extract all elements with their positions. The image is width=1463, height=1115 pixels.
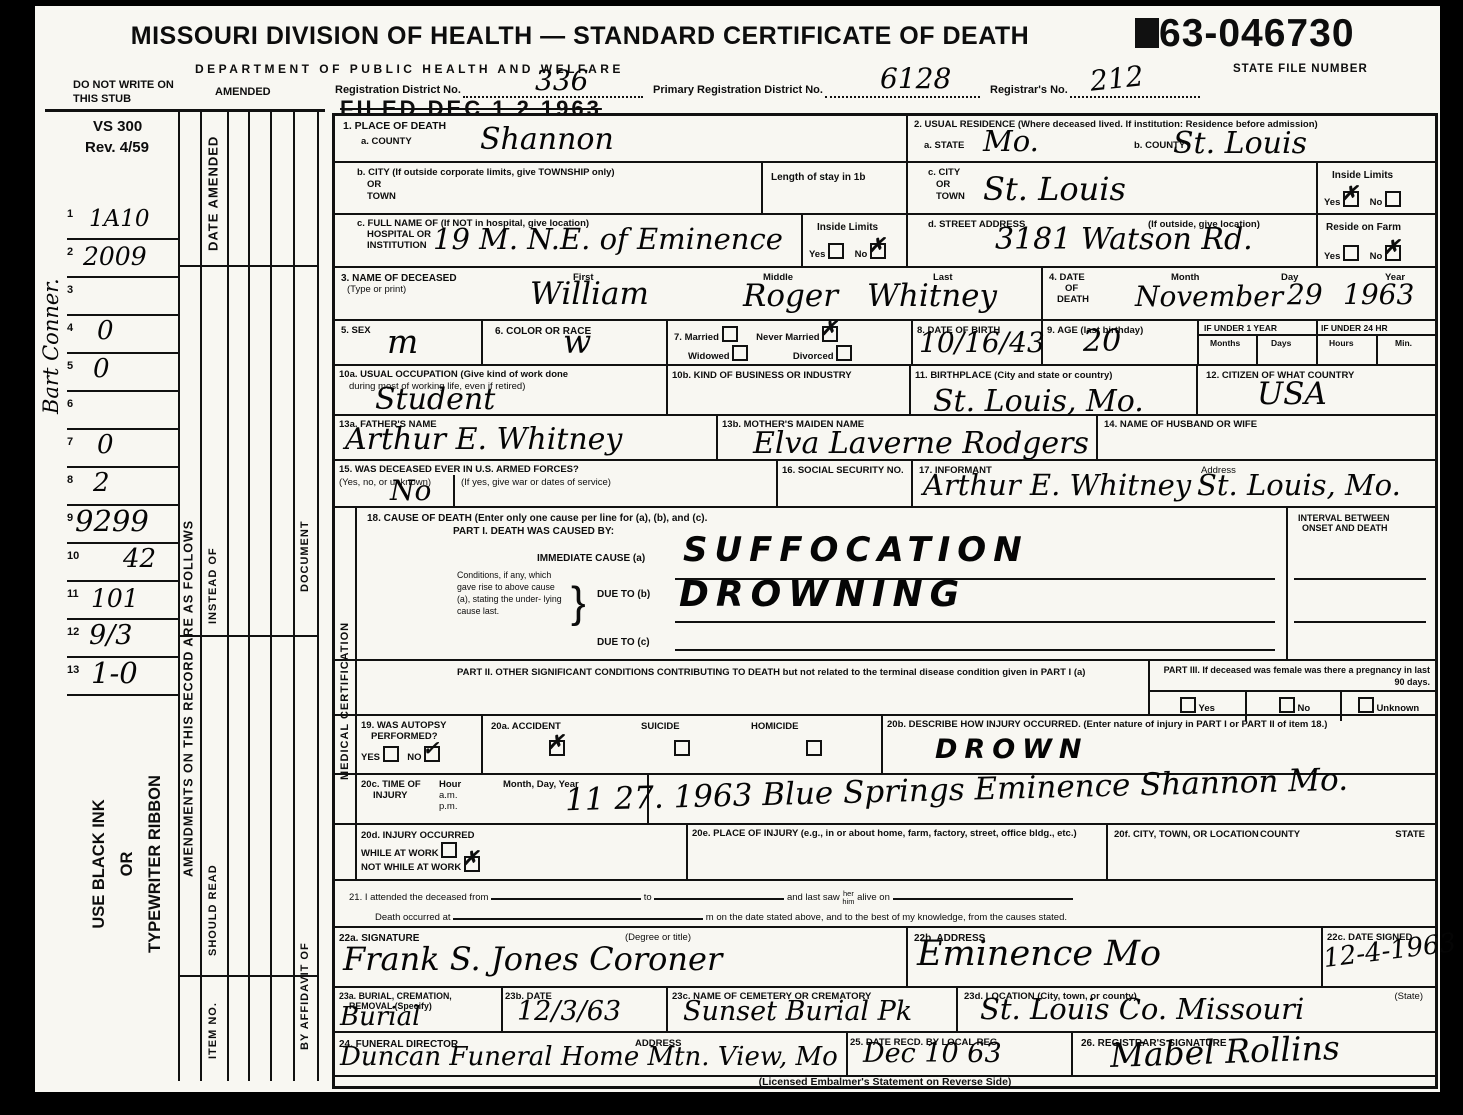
field-age-under-one: IF UNDER 1 YEAR IF UNDER 24 HR Months Da…: [1199, 321, 1435, 366]
value-burial-date: 12/3/63: [517, 996, 621, 1027]
value-immediate-cause: SUFFOCATION: [683, 530, 1029, 570]
value-informant-address: St. Louis, Mo.: [1197, 468, 1401, 502]
state-file-number-stamp: 63-046730: [1135, 12, 1355, 56]
field-length-of-stay: Length of stay in 1b: [763, 163, 908, 215]
cause-b-rule: [675, 621, 1275, 623]
value-mother-name: Elva Laverne Rodgers: [753, 426, 1089, 461]
date-amended-label: DATE AMENDED: [200, 118, 226, 268]
stub-grid-line: [270, 109, 272, 1081]
field-marital-status: 7. Married Never Married ✗ Widowed Divor…: [668, 321, 913, 366]
value-sex: m: [387, 322, 418, 361]
field-interval-onset-death: INTERVAL BETWEEN ONSET AND DEATH: [1288, 508, 1435, 661]
registrar-no-dots: [1070, 96, 1200, 98]
form-revision: Rev. 4/59: [85, 139, 149, 156]
accident-checkbox: ✗: [549, 740, 565, 756]
age-sub-line: [1316, 321, 1318, 364]
amendments-label: AMENDMENTS ON THIS RECORD ARE AS FOLLOWS: [177, 374, 200, 1022]
pregnancy-yes-checkbox: [1180, 697, 1196, 713]
age-sub-line: [1256, 334, 1258, 364]
value-death-year: 1963: [1343, 278, 1414, 311]
injury-not-while-at-work-checkbox: ✗: [464, 856, 480, 872]
registrar-no-label: Registrar's No.: [990, 84, 1068, 96]
field-place-of-injury: 20e. PLACE OF INJURY (e.g., in or about …: [688, 825, 1108, 881]
state-file-number-label: STATE FILE NUMBER: [1233, 63, 1368, 75]
primary-district-label: Primary Registration District No.: [653, 84, 823, 96]
interval-rule: [1294, 578, 1426, 580]
field-social-security: 16. SOCIAL SECURITY NO.: [778, 461, 913, 508]
value-middle-name: Roger: [743, 278, 838, 314]
value-cemetery: Sunset Burial Pk: [683, 996, 912, 1027]
stub-row: 2 2009: [67, 240, 179, 278]
value-burial-location: St. Louis Co. Missouri: [980, 992, 1304, 1026]
stub-row: 10 42: [67, 544, 179, 582]
field-husband-or-wife: 14. NAME OF HUSBAND OR WIFE: [1098, 416, 1435, 461]
stub-row: 13 1-0: [67, 658, 179, 696]
pregnancy-no-checkbox: [1279, 697, 1295, 713]
value-death-month: November: [1135, 280, 1283, 313]
registrar-no-value: 212: [1088, 59, 1145, 97]
primary-district-value: 6128: [880, 62, 951, 95]
value-death-county: Shannon: [480, 122, 614, 157]
field-injury-city: 20f. CITY, TOWN, OR LOCATION COUNTY STAT…: [1108, 825, 1435, 881]
reside-on-farm-yes-checkbox: [1343, 245, 1359, 261]
divorced-checkbox: [836, 345, 852, 361]
amended-label: AMENDED: [215, 86, 271, 98]
field-place-of-death: 1. PLACE OF DEATH a. COUNTY: [335, 116, 908, 163]
stub-row: 7 0: [67, 430, 179, 468]
value-funeral-director: Duncan Funeral Home Mtn. View, Mo: [340, 1042, 838, 1072]
stub-row: 3: [67, 278, 179, 316]
value-coroner-signature: Frank S. Jones Coroner: [343, 940, 722, 978]
autopsy-no-checkbox: ✓: [424, 746, 440, 762]
field-reside-on-farm: Reside on Farm Yes No ✗: [1318, 215, 1435, 268]
field-autopsy: 19. WAS AUTOPSY PERFORMED? YES NO ✓: [335, 716, 483, 775]
value-hospital: 19 M. N.E. of Eminence: [433, 222, 783, 256]
pregnancy-unknown-checkbox: [1358, 697, 1374, 713]
value-death-day: 29: [1287, 278, 1323, 311]
field-part-three: PART III. If deceased was female was the…: [1150, 661, 1435, 716]
married-checkbox: [722, 326, 738, 342]
value-citizen: USA: [1257, 376, 1327, 412]
item-no-label: ITEM NO.: [201, 986, 225, 1076]
certificate-form: MEDICAL CERTIFICATION 1. PLACE OF DEATH …: [332, 113, 1438, 1089]
value-last-name: Whitney: [867, 278, 997, 314]
primary-district-dots: [825, 96, 980, 98]
value-birthplace: St. Louis, Mo.: [933, 384, 1144, 419]
value-residence-city: St. Louis: [983, 170, 1126, 208]
value-date-of-birth: 10/16/43: [919, 326, 1045, 359]
instead-of-label: INSTEAD OF: [201, 536, 225, 636]
residence-inside-limits-yes-checkbox: ✗: [1343, 191, 1359, 207]
suicide-checkbox: [674, 740, 690, 756]
field-residence-inside-limits: Inside Limits Yes ✗ No: [1318, 163, 1435, 215]
registration-district-label: Registration District No.: [335, 84, 461, 96]
stub-row: 4 0: [67, 316, 179, 354]
stub-grid-line: [248, 109, 250, 1081]
value-residence-state: Mo.: [983, 124, 1039, 158]
field-death-inside-limits: Inside Limits Yes No ✗: [803, 215, 908, 268]
stub-row: 9 9299: [67, 506, 179, 544]
armed-forces-divider: [453, 475, 455, 506]
value-occupation: Student: [375, 382, 495, 417]
form-number: VS 300: [93, 118, 142, 135]
value-race: w: [563, 322, 591, 361]
never-married-checkbox: ✗: [822, 326, 838, 342]
field-injury-at-work: 20d. INJURY OCCURRED WHILE AT WORK NOT W…: [335, 825, 688, 881]
stub-row: 12 9/3: [67, 620, 179, 658]
value-street-address: 3181 Watson Rd.: [995, 222, 1253, 257]
scanned-death-certificate: { "header": { "title": "MISSOURI DIVISIO…: [0, 0, 1463, 1115]
stub-grid-line: [317, 109, 319, 1081]
stub-row: 11 101: [67, 582, 179, 620]
value-date-received: Dec 10 63: [863, 1038, 1002, 1069]
certificate-paper: MISSOURI DIVISION OF HEALTH — STANDARD C…: [35, 6, 1440, 1092]
stub-header-rule: [45, 109, 325, 112]
value-first-name: William: [530, 276, 649, 312]
her-him-stack: her him: [842, 890, 854, 906]
embalmer-footnote: (Licensed Embalmer's Statement on Revers…: [335, 1076, 1435, 1088]
residence-inside-limits-no-checkbox: [1385, 191, 1401, 207]
stub-row: 8 2: [67, 468, 179, 506]
field-part-two: PART II. OTHER SIGNIFICANT CONDITIONS CO…: [335, 661, 1150, 716]
stub-grid-line: [227, 109, 229, 1081]
field-attended-statement: 21. I attended the deceased from to and …: [335, 881, 1435, 928]
document-label: DOCUMENT: [293, 506, 317, 606]
stub-rows: 1 1A10 2 2009 3 4 0 5 0 6 7 0 8 2 9 9299…: [67, 202, 179, 696]
reside-on-farm-no-checkbox: ✗: [1385, 245, 1401, 261]
value-due-to-b: DROWNING: [679, 574, 966, 615]
value-signature-address: Eminence Mo: [917, 934, 1161, 974]
stamp-blot: [1135, 18, 1159, 48]
age-sub-line: [1376, 334, 1378, 364]
by-affidavit-label: BY AFFIDAVIT OF: [293, 916, 317, 1076]
use-black-ink-label: USE BLACK INK OR TYPEWRITER RIBBON: [85, 758, 177, 970]
value-residence-county: St. Louis: [1173, 126, 1307, 161]
field-death-city: b. CITY (If outside corporate limits, gi…: [335, 163, 763, 215]
interval-rule: [1294, 621, 1426, 623]
do-not-write-label: DO NOT WRITE ON THIS STUB: [73, 78, 183, 107]
stub-row: 5 0: [67, 354, 179, 392]
autopsy-yes-checkbox: [383, 746, 399, 762]
field-business-industry: 10b. KIND OF BUSINESS OR INDUSTRY: [668, 366, 911, 416]
value-armed-forces: No: [390, 474, 431, 507]
cause-c-rule: [675, 649, 1275, 651]
death-inside-limits-no-checkbox: ✗: [870, 243, 886, 259]
registration-district-value: 336: [535, 64, 588, 97]
value-age: 20: [1083, 324, 1121, 359]
stub-row: 6: [67, 392, 179, 430]
homicide-checkbox: [806, 740, 822, 756]
value-informant: Arthur E. Whitney: [923, 468, 1191, 502]
should-read-label: SHOULD READ: [201, 849, 225, 971]
widowed-checkbox: [732, 345, 748, 361]
death-inside-limits-yes-checkbox: [828, 243, 844, 259]
stub-row: 1 1A10: [67, 202, 179, 240]
value-father-name: Arthur E. Whitney: [345, 422, 622, 457]
page-title: MISSOURI DIVISION OF HEALTH — STANDARD C…: [105, 22, 1055, 51]
value-burial-type: Burial: [340, 1002, 420, 1032]
value-injury-description: DROWN: [935, 734, 1089, 765]
field-accident-suicide-homicide: 20a. ACCIDENT SUICIDE HOMICIDE ✗: [483, 716, 883, 775]
value-registrar-signature: Mabel Rollins: [1109, 1028, 1340, 1075]
